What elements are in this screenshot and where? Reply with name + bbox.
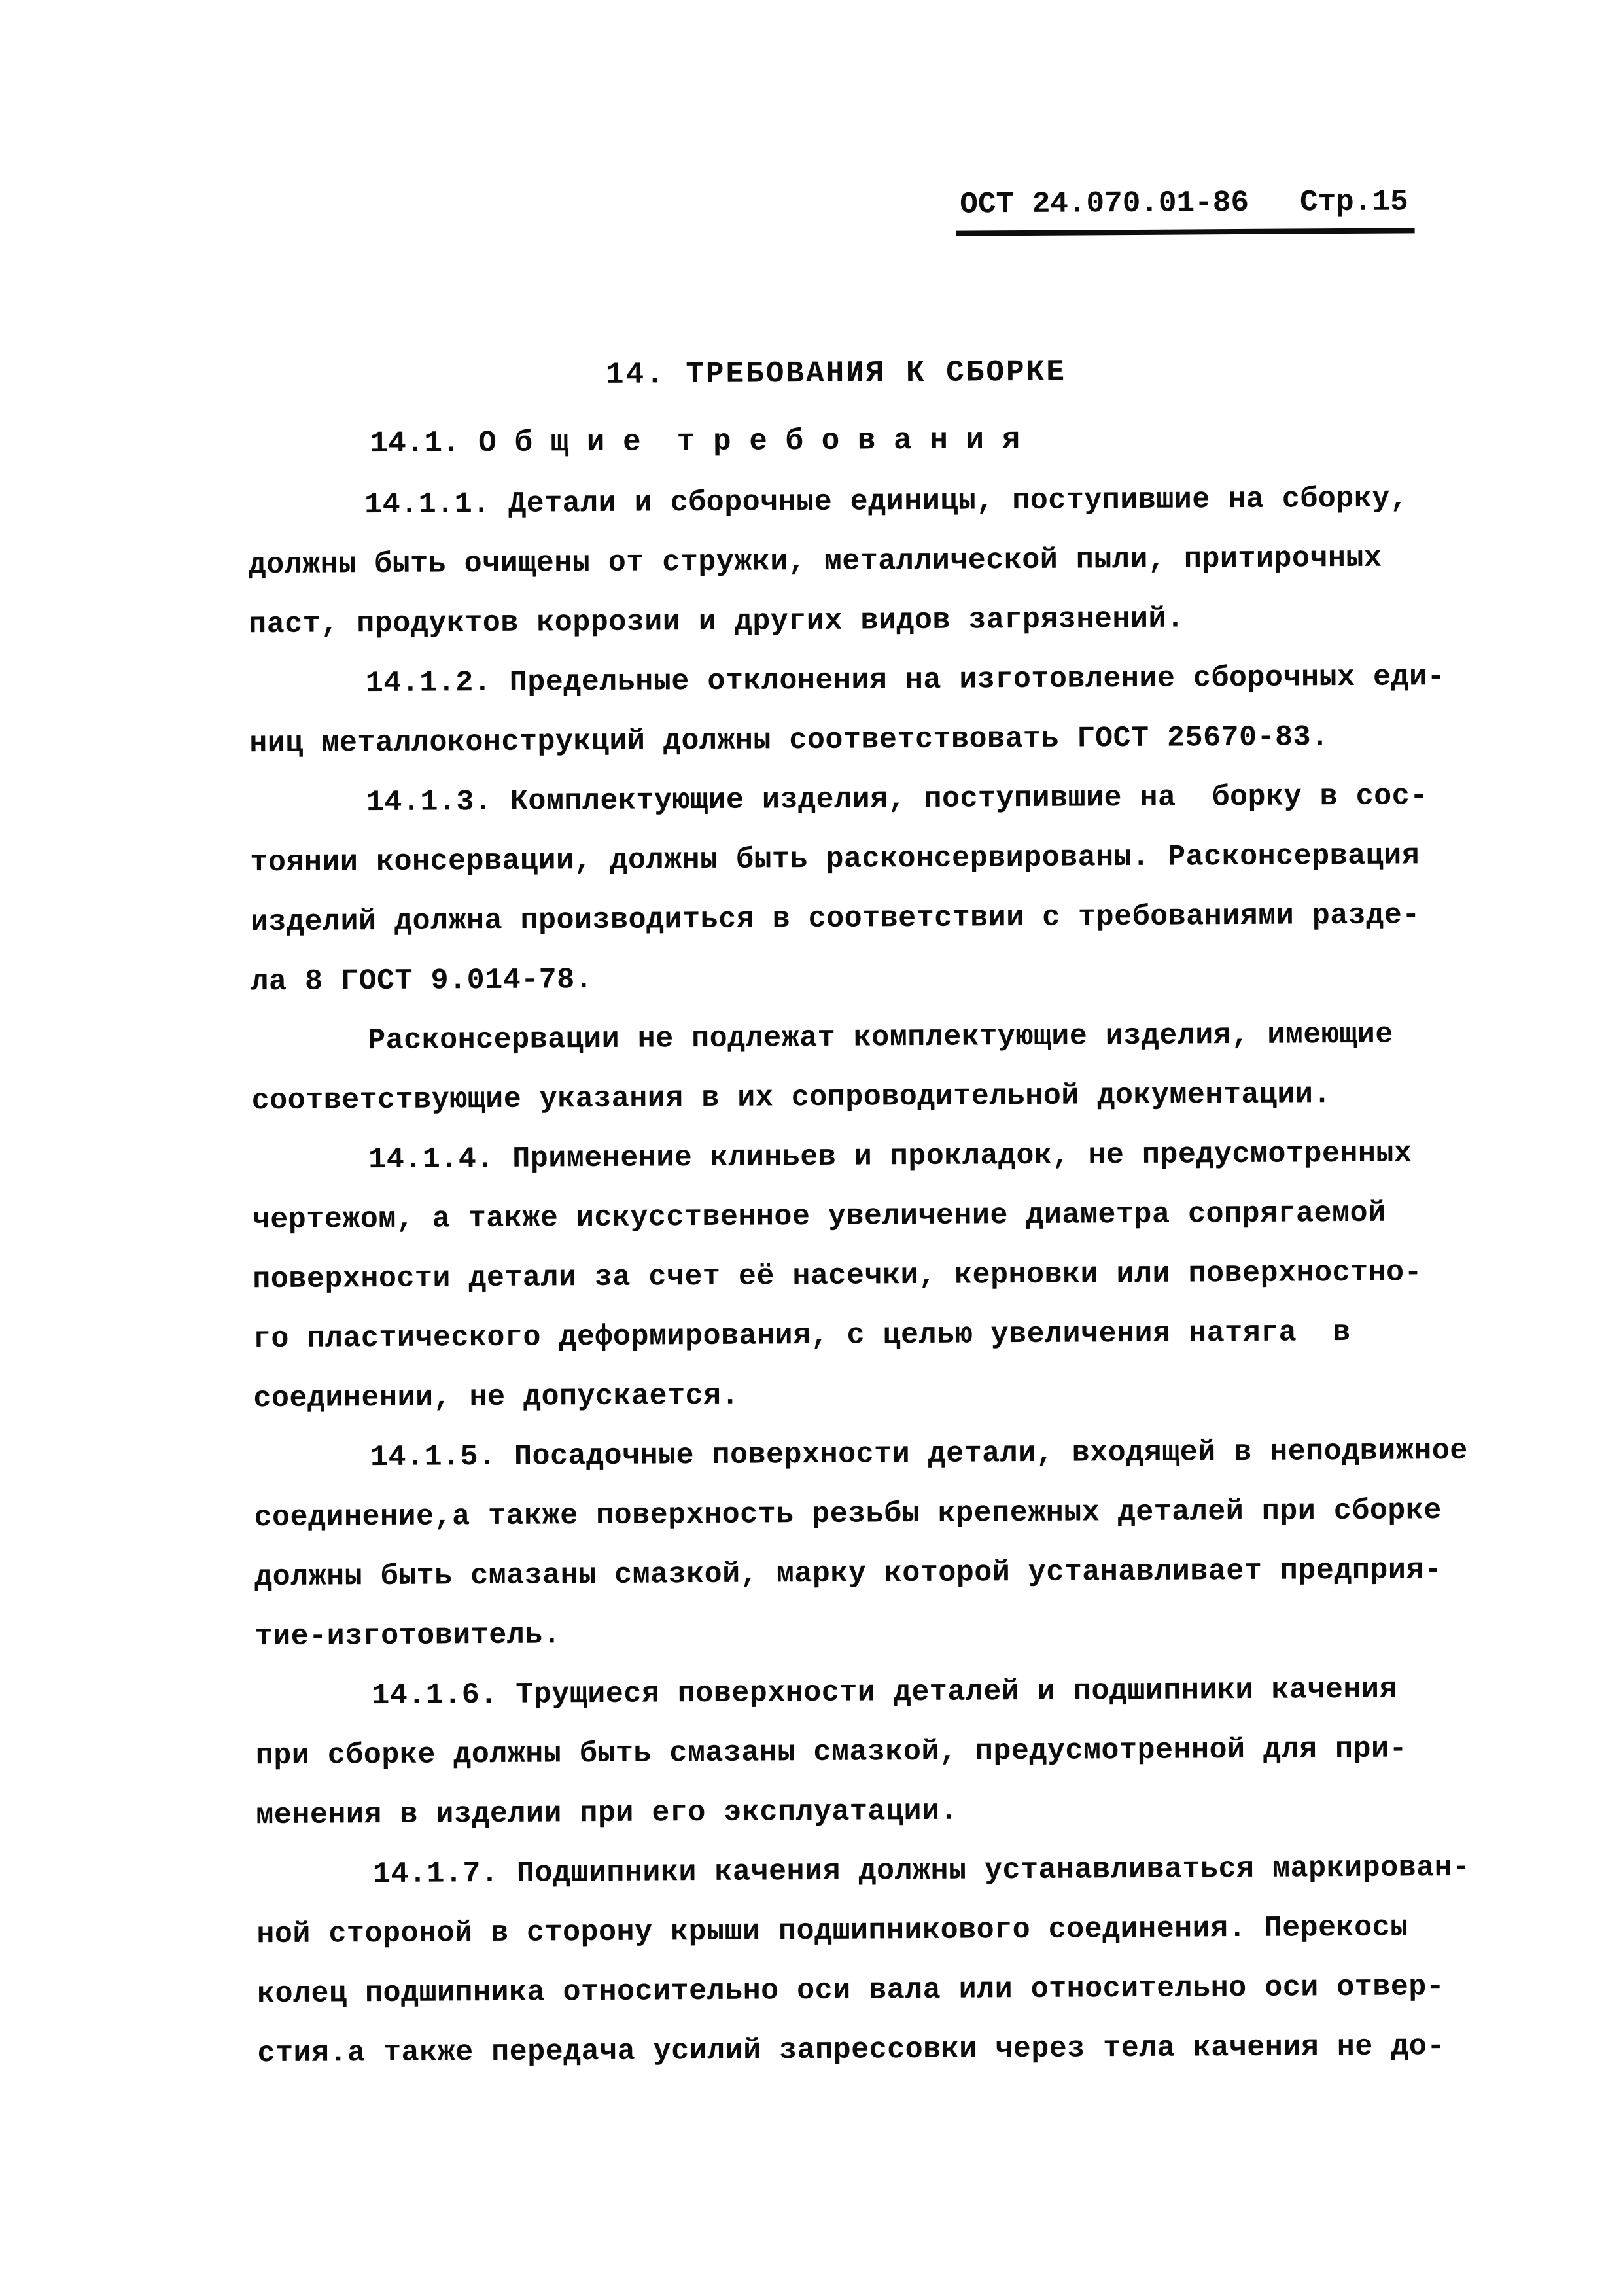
paragraph-14-1-3: 14.1.3. Комплектующие изделия, поступивш… bbox=[250, 766, 1439, 1012]
text-line: изделий должна производиться в соответст… bbox=[251, 885, 1439, 952]
text-line: 14.1.5. Посадочные поверхности детали, в… bbox=[254, 1421, 1442, 1488]
text-line: менения в изделии при его эксплуатации. bbox=[256, 1778, 1444, 1845]
text-line: тоянии консервации, должны быть расконсе… bbox=[250, 826, 1438, 892]
text-line: 14.1.2. Предельные отклонения на изготов… bbox=[249, 647, 1437, 714]
text-line: соединение,а также поверхность резьбы кр… bbox=[254, 1481, 1442, 1547]
paragraph-14-1-7: 14.1.7. Подшипники качения должны устана… bbox=[256, 1838, 1445, 2083]
scan-content: ОСТ 24.070.01-86 Стр.15 14. ТРЕБОВАНИЯ К… bbox=[0, 0, 1623, 2296]
scanned-document-page: ОСТ 24.070.01-86 Стр.15 14. ТРЕБОВАНИЯ К… bbox=[0, 0, 1623, 2296]
text-line: соответствующие указания в их сопроводит… bbox=[251, 1064, 1439, 1131]
text-line: ниц металлоконструкций должны соответств… bbox=[249, 707, 1437, 773]
text-line: паст, продуктов коррозии и других видов … bbox=[249, 588, 1437, 654]
text-line: соединении, не допускается. bbox=[253, 1362, 1441, 1428]
text-line: го пластического деформирования, с целью… bbox=[253, 1302, 1441, 1369]
text-line: 14.1.7. Подшипники качения должны устана… bbox=[256, 1838, 1444, 1905]
subsection-title: 14.1. О б щ и е т р е б о в а н и я bbox=[370, 423, 1020, 461]
page-header: ОСТ 24.070.01-86 Стр.15 bbox=[956, 185, 1415, 236]
paragraph-14-1-5: 14.1.5. Посадочные поверхности детали, в… bbox=[254, 1421, 1442, 1667]
text-line: должны быть смазаны смазкой, марку котор… bbox=[254, 1540, 1442, 1607]
paragraph-14-1-4: 14.1.4. Применение клиньев и прокладок, … bbox=[252, 1123, 1441, 1428]
text-line: чертежом, а также искусственное увеличен… bbox=[253, 1183, 1440, 1250]
paragraph-14-1-1: 14.1.1. Детали и сборочные единицы, пост… bbox=[248, 468, 1437, 654]
text-line: 14.1.4. Применение клиньев и прокладок, … bbox=[252, 1123, 1440, 1190]
paragraph-14-1-2: 14.1.2. Предельные отклонения на изготов… bbox=[249, 647, 1437, 773]
paragraph-14-1-6: 14.1.6. Трущиеся поверхности деталей и п… bbox=[255, 1659, 1444, 1845]
text-line: тие-изготовитель. bbox=[254, 1600, 1442, 1667]
text-line: колец подшипника относительно оси вала и… bbox=[257, 1957, 1445, 2024]
text-line: 14.1.1. Детали и сборочные единицы, пост… bbox=[248, 468, 1436, 535]
text-line: стия.а также передача усилий запрессовки… bbox=[257, 2017, 1445, 2083]
text-line: ла 8 ГОСТ 9.014-78. bbox=[251, 945, 1439, 1012]
text-line: Расконсервации не подлежат комплектующие… bbox=[251, 1004, 1439, 1071]
section-title: 14. ТРЕБОВАНИЯ К СБОРКЕ bbox=[247, 353, 1425, 394]
page-number-label: Стр.15 bbox=[1300, 185, 1408, 219]
text-line: поверхности детали за счет её насечки, к… bbox=[253, 1243, 1440, 1309]
paragraph-14-1-3-continuation: Расконсервации не подлежат комплектующие… bbox=[251, 1004, 1439, 1131]
text-line: 14.1.3. Комплектующие изделия, поступивш… bbox=[250, 766, 1438, 833]
text-line: 14.1.6. Трущиеся поверхности деталей и п… bbox=[255, 1659, 1443, 1726]
text-line: должны быть очищены от стружки, металлич… bbox=[248, 528, 1436, 595]
standard-number: ОСТ 24.070.01-86 bbox=[960, 186, 1249, 222]
document-body: 14.1.1. Детали и сборочные единицы, пост… bbox=[248, 468, 1445, 2083]
text-line: ной стороной в сторону крыши подшипников… bbox=[256, 1898, 1444, 1964]
text-line: при сборке должны быть смазаны смазкой, … bbox=[256, 1719, 1444, 1786]
